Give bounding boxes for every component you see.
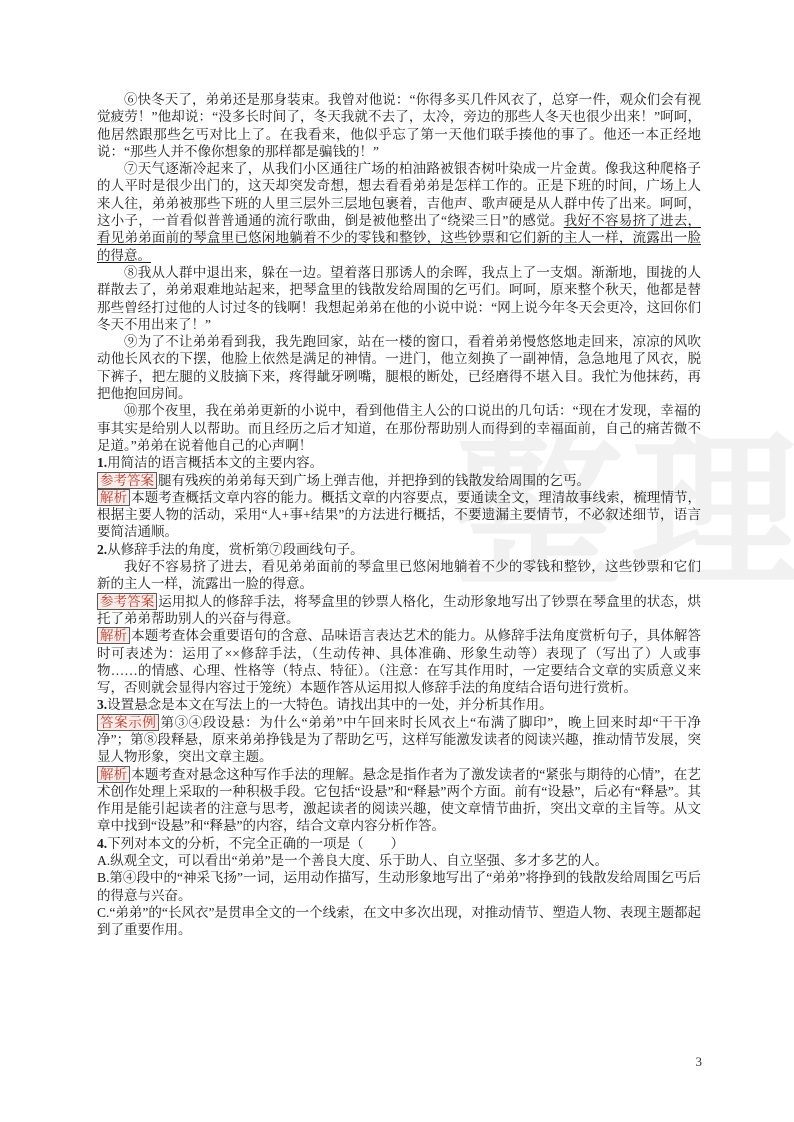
article-paragraph-6: ⑥快冬天了，弟弟还是那身装束。我曾对他说：“你得多买几件风衣了，总穿一件，观众们… (97, 91, 701, 160)
question-4-option-b: B.第④段中的“神采飞扬”一词，运用动作描写，生动形象地写出了“弟弟”将挣到的钱… (97, 869, 701, 904)
question-2-analysis: 解析本题考查体会重要语句的含意、品味语言表达艺术的能力。从修辞手法角度赏析句子，… (97, 627, 701, 696)
question-3-number: 3. (97, 697, 107, 712)
question-4-option-a: A.纵观全文，可以看出“弟弟”是一个善良大度、乐于助人、自立坚强、多才多艺的人。 (97, 852, 701, 869)
question-1: 1.用简洁的语言概括本文的主要内容。 参考答案腿有残疾的弟弟每天到广场上弹吉他，… (97, 454, 701, 540)
analysis-label: 解析 (97, 627, 130, 644)
reference-answer-label: 参考答案 (97, 472, 157, 489)
question-1-answer-text: 腿有残疾的弟弟每天到广场上弹吉他，并把挣到的钱散发给周围的乞丐。 (158, 473, 590, 488)
question-3-answer: 答案示例第③④段设悬：为什么“弟弟”中午回来时长风衣上“布满了脚印”，晚上回来时… (97, 714, 701, 766)
question-1-analysis-text: 本题考查概括文章内容的能力。概括文章的内容要点，要通读全文，理清故事线索，梳理情… (97, 490, 701, 540)
question-4-option-c: C.“弟弟”的“长风衣”是贯串全文的一个线索，在文中多次出现，对推动情节、塑造人… (97, 904, 701, 939)
document-page: 整理 ⑥快冬天了，弟弟还是那身装束。我曾对他说：“你得多买几件风衣了，总穿一件，… (0, 0, 794, 1122)
article-paragraph-8: ⑧我从人群中退出来，躲在一边。望着落日那诱人的余晖，我点上了一支烟。渐渐地，围拢… (97, 264, 701, 333)
question-4-stem: 4.下列对本文的分析，不完全正确的一项是（ ） (97, 835, 701, 852)
question-3: 3.设置悬念是本文在写法上的一大特色。请找出其中的一处，并分析其作用。 答案示例… (97, 696, 701, 834)
question-4-stem-text: 下列对本文的分析，不完全正确的一项是（ ） (107, 836, 404, 851)
page-content: ⑥快冬天了，弟弟还是那身装束。我曾对他说：“你得多买几件风衣了，总穿一件，观众们… (97, 91, 701, 939)
question-1-number: 1. (97, 455, 107, 470)
question-3-answer-text: 第③④段设悬：为什么“弟弟”中午回来时长风衣上“布满了脚印”，晚上回来时却“干干… (97, 715, 701, 765)
question-2-analysis-text: 本题考查体会重要语句的含意、品味语言表达艺术的能力。从修辞手法角度赏析句子，具体… (97, 628, 701, 695)
reference-answer-label: 参考答案 (97, 593, 157, 610)
question-1-stem-text: 用简洁的语言概括本文的主要内容。 (107, 455, 323, 470)
article-paragraph-9: ⑨为了不让弟弟看到我，我先跑回家，站在一楼的窗口，看着弟弟慢悠悠地走回来，凉凉的… (97, 333, 701, 402)
question-3-analysis: 解析本题考查对悬念这种写作手法的理解。悬念是指作者为了激发读者的“紧张与期待的心… (97, 766, 701, 835)
article-paragraph-7: ⑦天气逐渐冷起来了，从我们小区通往广场的柏油路被银杏树叶染成一片金黄。像我这种爬… (97, 160, 701, 264)
answer-example-label: 答案示例 (97, 714, 159, 731)
question-3-analysis-text: 本题考查对悬念这种写作手法的理解。悬念是指作者为了激发读者的“紧张与期待的心情”… (97, 767, 701, 834)
question-4: 4.下列对本文的分析，不完全正确的一项是（ ） A.纵观全文，可以看出“弟弟”是… (97, 835, 701, 939)
question-2-number: 2. (97, 542, 107, 557)
question-4-number: 4. (97, 836, 107, 851)
question-3-stem: 3.设置悬念是本文在写法上的一大特色。请找出其中的一处，并分析其作用。 (97, 696, 701, 713)
analysis-label: 解析 (97, 489, 130, 506)
page-number: 3 (696, 1054, 703, 1070)
question-3-stem-text: 设置悬念是本文在写法上的一大特色。请找出其中的一处，并分析其作用。 (107, 697, 553, 712)
analysis-label: 解析 (97, 766, 130, 783)
question-2-answer-text: 运用拟人的修辞手法，将琴盒里的钞票人格化，生动形象地写出了钞票在琴盒里的状态，烘… (97, 594, 701, 626)
question-1-answer: 参考答案腿有残疾的弟弟每天到广场上弹吉他，并把挣到的钱散发给周围的乞丐。 (97, 472, 701, 489)
question-1-analysis: 解析本题考查概括文章内容的能力。概括文章的内容要点，要通读全文，理清故事线索，梳… (97, 489, 701, 541)
question-2-stem: 2.从修辞手法的角度，赏析第⑦段画线句子。 (97, 541, 701, 558)
question-1-stem: 1.用简洁的语言概括本文的主要内容。 (97, 454, 701, 471)
question-2-quoted-sentence: 我好不容易挤了进去，看见弟弟面前的琴盒里已悠闲地躺着不少的零钱和整钞，这些钞票和… (97, 558, 701, 593)
question-2: 2.从修辞手法的角度，赏析第⑦段画线句子。 我好不容易挤了进去，看见弟弟面前的琴… (97, 541, 701, 697)
article-paragraph-10: ⑩那个夜里，我在弟弟更新的小说中，看到他借主人公的口说出的几句话：“现在才发现，… (97, 402, 701, 454)
question-2-answer: 参考答案运用拟人的修辞手法，将琴盒里的钞票人格化，生动形象地写出了钞票在琴盒里的… (97, 593, 701, 628)
question-2-stem-text: 从修辞手法的角度，赏析第⑦段画线句子。 (107, 542, 364, 557)
